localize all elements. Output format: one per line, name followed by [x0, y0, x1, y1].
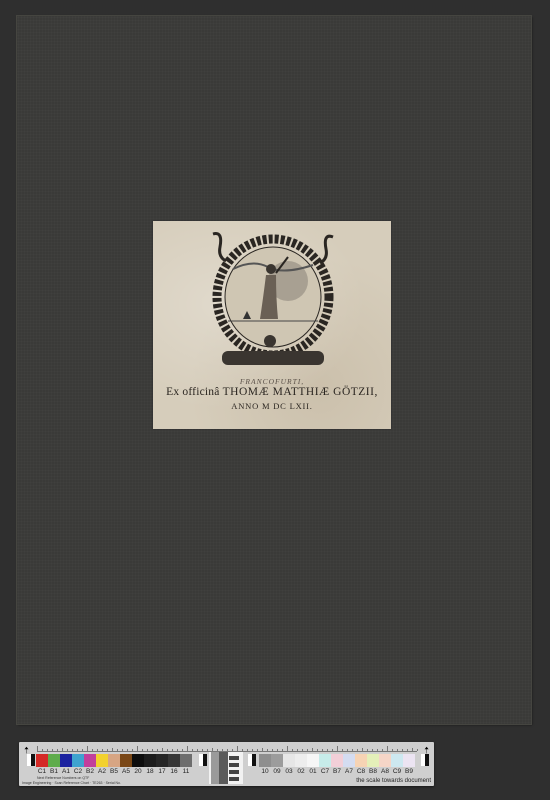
ruler-tick: [62, 748, 63, 751]
patch-label: B7: [331, 768, 343, 775]
ruler-tick: [382, 749, 383, 751]
ruler-tick: [167, 749, 168, 751]
color-patch: [403, 754, 415, 767]
ruler-tick: [172, 749, 173, 751]
ruler-tick: [317, 749, 318, 751]
ruler-tick: [357, 749, 358, 751]
ruler-tick: [82, 749, 83, 751]
ruler-tick: [92, 749, 93, 751]
color-patch: [144, 754, 156, 767]
patch-label: C7: [319, 768, 331, 775]
patch-label: 02: [295, 768, 307, 775]
ruler-tick: [337, 746, 338, 751]
color-patch: [60, 754, 72, 767]
ruler-tick: [352, 749, 353, 751]
patch-label: 09: [271, 768, 283, 775]
patch-label: 03: [283, 768, 295, 775]
color-patch: [108, 754, 120, 767]
patch-label: C9: [391, 768, 403, 775]
color-patch: [331, 754, 343, 767]
checker-patch: [27, 754, 35, 766]
imprint-year: ANNO M DC LXII.: [153, 401, 391, 411]
ruler-tick: [182, 749, 183, 751]
ruler-tick: [297, 749, 298, 751]
patch-label: 17: [156, 768, 168, 775]
ruler-tick: [327, 749, 328, 751]
ruler-tick: [267, 749, 268, 751]
ruler-tick: [387, 746, 388, 751]
patch-label: 10: [259, 768, 271, 775]
scale-direction-note: the scale towards document: [356, 778, 431, 784]
ruler-tick: [307, 749, 308, 751]
ruler-tick: [77, 749, 78, 751]
patch-label: 11: [180, 768, 192, 775]
patch-label: B9: [403, 768, 415, 775]
color-patch: [307, 754, 319, 767]
checker-patch: [248, 754, 256, 766]
imprint-place: FRANCOFURTI,: [153, 377, 391, 386]
ruler-tick: [367, 749, 368, 751]
color-patches-left: [36, 754, 192, 767]
patch-label: 18: [144, 768, 156, 775]
chart-footer: Image Engineering · Scan Reference Chart…: [22, 781, 121, 785]
color-patch: [283, 754, 295, 767]
patch-label: B5: [108, 768, 120, 775]
ruler-tick: [312, 748, 313, 751]
color-patch: [132, 754, 144, 767]
patch-label: 20: [132, 768, 144, 775]
patch-label: C1: [36, 768, 48, 775]
patch-label: A1: [60, 768, 72, 775]
patch-label: C8: [355, 768, 367, 775]
ruler-tick: [187, 746, 188, 751]
ruler-tick: [282, 749, 283, 751]
ruler-tick: [292, 749, 293, 751]
patch-label: A2: [96, 768, 108, 775]
ruler-tick: [142, 749, 143, 751]
color-patch: [180, 754, 192, 767]
ruler-tick: [272, 749, 273, 751]
ruler-tick: [102, 749, 103, 751]
ruler-tick: [392, 749, 393, 751]
patch-label: A5: [120, 768, 132, 775]
ruler-tick: [397, 749, 398, 751]
wreath-emblem-icon: [208, 229, 338, 374]
ruler-tick: [127, 749, 128, 751]
patch-label: 01: [307, 768, 319, 775]
ruler-tick: [47, 749, 48, 751]
ruler-tick: [137, 746, 138, 751]
ruler-tick: [197, 749, 198, 751]
ruler-tick: [322, 749, 323, 751]
ruler-tick: [42, 749, 43, 751]
color-patch: [355, 754, 367, 767]
ruler-tick: [342, 749, 343, 751]
patch-label: A7: [343, 768, 355, 775]
ruler-tick: [277, 749, 278, 751]
color-patch: [96, 754, 108, 767]
ruler-tick: [177, 749, 178, 751]
ruler-tick: [122, 749, 123, 751]
ruler-tick: [287, 746, 288, 751]
color-patch: [343, 754, 355, 767]
ruler-tick: [347, 749, 348, 751]
ruler-tick: [407, 749, 408, 751]
imprint-printer-name: THOMÆ MATTHIÆ GÖTZII,: [223, 386, 378, 398]
ruler-tick: [362, 748, 363, 751]
color-patch: [367, 754, 379, 767]
ruler-tick: [67, 749, 68, 751]
measurement-ruler: [37, 745, 417, 752]
patch-label: B1: [48, 768, 60, 775]
patch-label: C2: [72, 768, 84, 775]
color-patch: [168, 754, 180, 767]
color-patch: [36, 754, 48, 767]
ruler-tick: [107, 749, 108, 751]
ruler-tick: [202, 749, 203, 751]
ruler-tick: [37, 746, 38, 751]
grayscale-wedge: [209, 752, 243, 784]
ruler-tick: [147, 749, 148, 751]
ruler-tick: [302, 749, 303, 751]
ruler-tick: [242, 749, 243, 751]
ruler-tick: [257, 749, 258, 751]
ruler-tick: [332, 749, 333, 751]
ruler-tick: [217, 749, 218, 751]
ruler-tick: [162, 748, 163, 751]
color-patch: [48, 754, 60, 767]
color-patch: [391, 754, 403, 767]
patch-labels-left: C1B1A1C2B2A2B5A52018171611: [36, 768, 192, 775]
color-patch: [120, 754, 132, 767]
color-patch: [72, 754, 84, 767]
ruler-tick: [417, 749, 418, 751]
ruler-tick: [117, 749, 118, 751]
color-calibration-target: 🠡 🠡 C1B1A1C2B2A2B5A52018171611 Next Refe…: [19, 742, 434, 786]
ruler-tick: [112, 748, 113, 751]
ruler-tick: [402, 749, 403, 751]
patch-label: B2: [84, 768, 96, 775]
ruler-tick: [52, 749, 53, 751]
ruler-tick: [262, 748, 263, 751]
checker-patch: [199, 754, 207, 766]
ruler-tick: [222, 749, 223, 751]
ruler-tick: [237, 746, 238, 751]
ruler-tick: [412, 748, 413, 751]
ruler-tick: [87, 746, 88, 751]
color-patch: [379, 754, 391, 767]
ruler-tick: [372, 749, 373, 751]
ruler-tick: [97, 749, 98, 751]
ruler-tick: [252, 749, 253, 751]
ruler-tick: [212, 748, 213, 751]
ruler-tick: [132, 749, 133, 751]
color-patch: [84, 754, 96, 767]
ruler-tick: [152, 749, 153, 751]
printers-mark-woodcut: FRANCOFURTI, Ex officinâ THOMÆ MATTHIÆ G…: [153, 221, 391, 429]
patch-labels-right: 1009030201C7B7A7C8B8A8C9B9: [259, 768, 415, 775]
ruler-tick: [247, 749, 248, 751]
imprint-printer: Ex officinâ THOMÆ MATTHIÆ GÖTZII,: [153, 386, 391, 398]
ruler-tick: [227, 749, 228, 751]
ruler-tick: [157, 749, 158, 751]
color-patches-right: [259, 754, 415, 767]
ruler-tick: [57, 749, 58, 751]
color-patch: [319, 754, 331, 767]
color-patch: [271, 754, 283, 767]
color-patch: [259, 754, 271, 767]
color-patch: [295, 754, 307, 767]
patch-label: 16: [168, 768, 180, 775]
ruler-tick: [207, 749, 208, 751]
ruler-tick: [232, 749, 233, 751]
patch-label: A8: [379, 768, 391, 775]
checker-patch: [421, 754, 429, 766]
imprint-prefix: Ex officinâ: [166, 386, 219, 398]
ruler-tick: [377, 749, 378, 751]
patch-label: B8: [367, 768, 379, 775]
ruler-tick: [72, 749, 73, 751]
ruler-tick: [192, 749, 193, 751]
reference-note: Next Reference Numbers on QTF: [37, 776, 89, 780]
color-patch: [156, 754, 168, 767]
